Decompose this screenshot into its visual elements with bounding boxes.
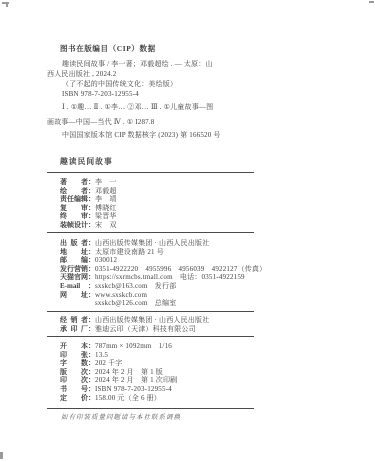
label-colon: ：	[88, 256, 95, 264]
credit-value: 傅晓红	[95, 204, 117, 212]
label-colon: ：	[88, 325, 95, 333]
spec-label: 书号	[60, 385, 88, 394]
credit-value: 李 一	[95, 178, 117, 186]
spec-label: 印张	[60, 351, 88, 360]
spec-row: 定价：158.00 元（全 6 册）	[47, 394, 262, 403]
credit-label: 终审	[60, 212, 88, 221]
publisher-value: 山西出版传媒集团 · 山西人民出版社	[95, 239, 209, 247]
credit-row: 著者：李 一	[47, 178, 262, 187]
label-colon: ：	[88, 316, 95, 324]
publisher-email-cont: sxskcb@126.com 总编室	[95, 299, 176, 307]
credit-value: 宋 双	[95, 221, 117, 229]
quality-note: 如有印装质量问题请与本社联系调换	[61, 412, 181, 421]
page-content: 图书在版编目（CIP）数据 趣读民间故事 / 李一著；邓毅超绘 . — 太原：山…	[47, 0, 255, 462]
divider-under-title	[47, 172, 254, 173]
label-colon: ：	[88, 273, 95, 281]
label-colon: ：	[88, 195, 95, 203]
credit-value: 梁晋华	[95, 212, 117, 220]
spec-value: 13.5	[95, 351, 108, 359]
publisher-row: 天猫官网：https://sxrmcbs.tmall.com 电话：0351-4…	[47, 273, 262, 282]
spec-value: 2024 年 2 月 第 1 次印刷	[95, 376, 177, 384]
label-colon: ：	[88, 359, 95, 367]
spec-value: 202 千字	[95, 359, 122, 367]
cip-line: （了不起的中国传统文化：美绘版）	[47, 79, 262, 89]
spec-value: 787mm × 1092mm 1/16	[95, 342, 172, 350]
publisher-label: 天猫官网	[60, 273, 88, 282]
spec-row: 书号：ISBN 978-7-203-12955-4	[47, 385, 262, 394]
publisher-value: www.sxskcb.com	[95, 291, 147, 299]
cip-line: 中国国家版本馆 CIP 数据核字 (2023) 第 166520 号	[47, 130, 262, 140]
publisher-label: 地址	[60, 248, 88, 257]
cip-line: 趣读民间故事 / 李一著；邓毅超绘 . — 太原：山	[47, 59, 262, 69]
label-colon: ：	[88, 221, 95, 229]
publisher-row: E-mail：sxskcb@163.com 发行部	[47, 282, 262, 291]
spec-label: 开本	[60, 342, 88, 351]
publisher-rows: 出版者：山西出版传媒集团 · 山西人民出版社 地址：太原市建设南路 21 号 邮…	[47, 239, 262, 299]
publisher-email-cont-row: sxskcb@126.com 总编室	[47, 299, 262, 308]
distribution-label: 经销者	[60, 316, 88, 325]
distribution-value: 雅迪云印（天津）科技有限公司	[95, 325, 196, 333]
publisher-label: 出版者	[60, 239, 88, 248]
publisher-row: 地址：太原市建设南路 21 号	[47, 248, 262, 257]
spec-value: 2024 年 2 月 第 1 版	[95, 368, 163, 376]
spec-value: 158.00 元（全 6 册）	[95, 394, 161, 402]
distribution-section: 经销者：山西出版传媒集团 · 山西人民出版社 承印厂：雅迪云印（天津）科技有限公…	[47, 316, 262, 333]
label-colon: ：	[88, 212, 95, 220]
publisher-label: E-mail	[60, 282, 88, 291]
divider-above-distribution	[47, 311, 254, 312]
distribution-row: 经销者：山西出版传媒集团 · 山西人民出版社	[47, 316, 262, 325]
credit-value: 邓毅超	[95, 187, 117, 195]
credit-label: 复审	[60, 204, 88, 213]
credit-row: 绘者：邓毅超	[47, 187, 262, 196]
scan-artifact-bottom-left	[0, 452, 3, 459]
credit-label: 责任编辑	[60, 195, 88, 204]
label-colon: ：	[88, 342, 95, 350]
publisher-label: 发行营销	[60, 265, 88, 274]
credit-label: 装帧设计	[60, 221, 88, 230]
spec-value: ISBN 978-7-203-12955-4	[95, 385, 172, 393]
publisher-value: 0351-4922220 4955996 4956039 4922127（传真）	[95, 265, 266, 273]
label-colon: ：	[88, 248, 95, 256]
cip-line: 西人民出版社 , 2024.2	[47, 69, 262, 79]
publisher-value: https://sxrmcbs.tmall.com 电话：0351-492215…	[95, 273, 245, 281]
spec-label: 版次	[60, 368, 88, 377]
cip-line: Ⅰ . ①趣… Ⅱ . ①李… ②邓… Ⅲ . ①儿童故事—图	[47, 102, 262, 112]
credit-label: 绘者	[60, 187, 88, 196]
cip-record: 趣读民间故事 / 李一著；邓毅超绘 . — 太原：山 西人民出版社 , 2024…	[47, 59, 262, 140]
credit-row: 责任编辑：李 靖	[47, 195, 262, 204]
cip-heading: 图书在版编目（CIP）数据	[60, 43, 156, 54]
spec-row: 印张：13.5	[47, 351, 262, 360]
distribution-label: 承印厂	[60, 325, 88, 334]
cip-line: ISBN 978-7-203-12955-4	[47, 89, 262, 99]
credit-row: 装帧设计：宋 双	[47, 221, 262, 230]
book-title: 趣读民间故事	[60, 156, 113, 167]
divider-above-specs	[47, 336, 254, 337]
credit-value: 李 靖	[95, 195, 117, 203]
label-colon: ：	[88, 282, 95, 290]
label-colon: ：	[88, 178, 95, 186]
scan-artifact-top-left-2	[6, 2, 8, 7]
label-colon: ：	[88, 394, 95, 402]
spec-label: 字数	[60, 359, 88, 368]
distribution-row: 承印厂：雅迪云印（天津）科技有限公司	[47, 325, 262, 334]
spec-label: 印次	[60, 376, 88, 385]
label-colon: ：	[88, 351, 95, 359]
spec-row: 印次：2024 年 2 月 第 1 次印刷	[47, 376, 262, 385]
copyright-page: { "colon": "：", "cip": { "heading": "图书在…	[0, 0, 375, 462]
label-colon: ：	[88, 385, 95, 393]
label-colon: ：	[88, 368, 95, 376]
publisher-value: 太原市建设南路 21 号	[95, 248, 164, 256]
credit-row: 终审：梁晋华	[47, 212, 262, 221]
divider-above-publisher	[47, 232, 254, 233]
label-colon: ：	[88, 376, 95, 384]
publisher-label: 网址	[60, 291, 88, 300]
publisher-section: 出版者：山西出版传媒集团 · 山西人民出版社 地址：太原市建设南路 21 号 邮…	[47, 239, 262, 308]
spec-row: 开本：787mm × 1092mm 1/16	[47, 342, 262, 351]
scan-artifact-top-right	[369, 1, 374, 3]
label-colon: ：	[88, 239, 95, 247]
publisher-value: 030012	[95, 256, 117, 264]
spec-row: 字数：202 千字	[47, 359, 262, 368]
distribution-value: 山西出版传媒集团 · 山西人民出版社	[95, 316, 209, 324]
publisher-label: 邮编	[60, 256, 88, 265]
credit-row: 复审：傅晓红	[47, 204, 262, 213]
publisher-value: sxskcb@163.com 发行部	[95, 282, 176, 290]
publisher-row: 网址：www.sxskcb.com	[47, 291, 262, 300]
publisher-row: 邮编：030012	[47, 256, 262, 265]
publisher-row: 出版者：山西出版传媒集团 · 山西人民出版社	[47, 239, 262, 248]
label-colon: ：	[88, 291, 95, 299]
label-colon: ：	[88, 187, 95, 195]
label-colon: ：	[88, 204, 95, 212]
cip-line: 画故事—中国—当代 Ⅳ . ① I287.8	[47, 117, 262, 127]
spec-label: 定价	[60, 394, 88, 403]
credit-label: 著者	[60, 178, 88, 187]
credits-section: 著者：李 一 绘者：邓毅超 责任编辑：李 靖 复审：傅晓红 终审：梁晋华 装帧设…	[47, 178, 262, 230]
specs-section: 开本：787mm × 1092mm 1/16 印张：13.5 字数：202 千字…	[47, 342, 262, 402]
label-colon: ：	[88, 265, 95, 273]
divider-above-note	[47, 408, 254, 409]
